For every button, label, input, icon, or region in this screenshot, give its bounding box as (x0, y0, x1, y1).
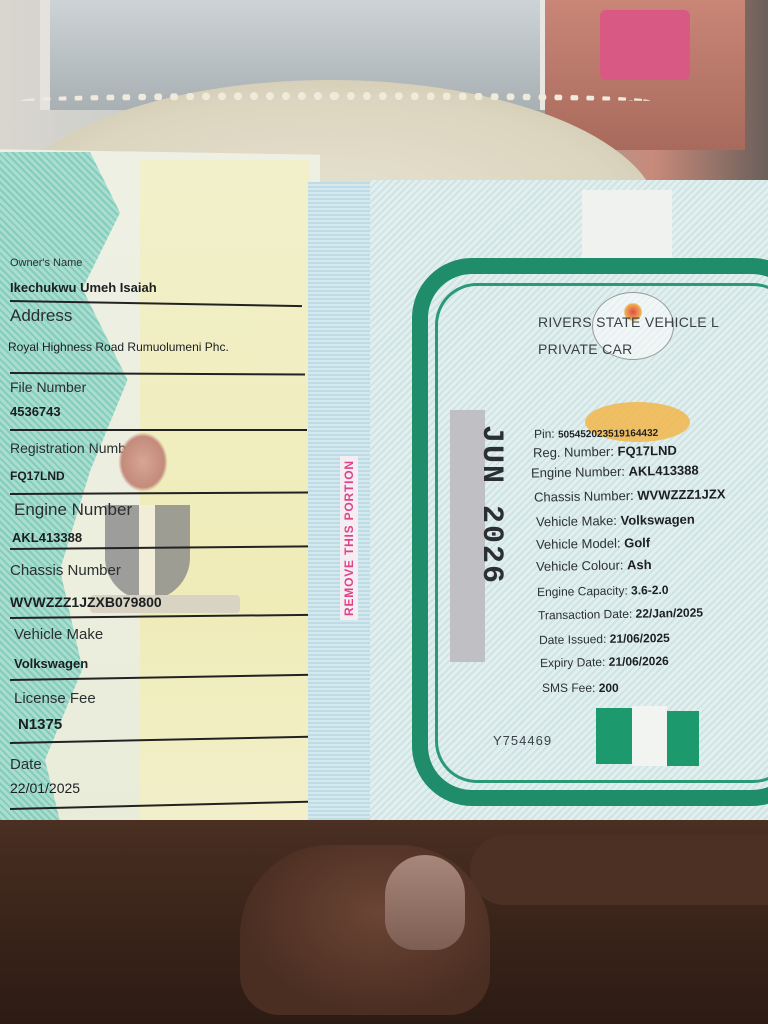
vehicle-make-label: Vehicle Make: (536, 513, 617, 529)
reg-number-row: Reg. Number: FQ17LND (533, 443, 677, 461)
flag-white-center (632, 706, 667, 766)
vehicle-colour-row: Vehicle Colour: Ash (536, 557, 652, 574)
reg-number-value: FQ17LND (617, 443, 676, 459)
divider (10, 429, 307, 431)
pin-label: Pin: (534, 427, 555, 441)
pink-cushion (600, 10, 690, 80)
license-title: RIVERS STATE VEHICLE L (538, 314, 719, 330)
file-number-value: 4536743 (10, 404, 61, 419)
engine-capacity-row: Engine Capacity: 3.6-2.0 (537, 583, 669, 599)
owner-name-label: Owner's Name (10, 257, 82, 269)
nigerian-flag-icon (596, 706, 702, 766)
sms-fee-label: SMS Fee: (542, 681, 595, 695)
flag-green-right (667, 711, 699, 766)
engine-number-row: Engine Number: AKL413388 (531, 463, 699, 481)
transaction-date-label: Transaction Date: (538, 607, 632, 623)
eagle-icon (118, 432, 168, 492)
finger (470, 835, 768, 905)
pin-value: 505452023519164432 (558, 428, 658, 441)
chassis-number-value: WVWZZZ1JZX (637, 486, 725, 503)
white-tab (582, 190, 672, 260)
date-value: 22/01/2025 (10, 780, 80, 796)
engine-number-value: AKL413388 (12, 530, 82, 545)
sms-fee-value: 200 (599, 681, 619, 695)
date-issued-row: Date Issued: 21/06/2025 (539, 631, 670, 647)
reg-number-label: Reg. Number: (533, 444, 614, 460)
license-fee-value: N1375 (18, 716, 62, 733)
expiry-date-row: Expiry Date: 21/06/2026 (540, 654, 669, 670)
vehicle-model-row: Vehicle Model: Golf (536, 535, 650, 552)
thumbnail (385, 855, 465, 950)
flag-green-left (596, 708, 632, 764)
expiry-date-value: 21/06/2026 (609, 654, 669, 669)
license-category: PRIVATE CAR (538, 341, 633, 357)
transaction-date-row: Transaction Date: 22/Jan/2025 (538, 606, 703, 623)
expiry-date-label: Expiry Date: (540, 655, 606, 670)
license-fee-label: License Fee (14, 690, 96, 707)
expiry-month-stamp: JUN 2026 (474, 425, 508, 585)
registration-number-value: FQ17LND (10, 469, 65, 483)
transaction-date-value: 22/Jan/2025 (635, 606, 703, 621)
vehicle-model-label: Vehicle Model: (536, 536, 621, 552)
shield-y-pall (139, 505, 155, 600)
serial-number: Y754469 (493, 733, 552, 748)
file-number-label: File Number (10, 379, 86, 395)
vehicle-model-value: Golf (624, 535, 650, 550)
date-issued-value: 21/06/2025 (610, 631, 670, 646)
date-label: Date (10, 756, 42, 773)
chassis-number-value: WVWZZZ1JZXB079800 (10, 594, 162, 610)
chassis-number-label: Chassis Number: (534, 488, 634, 505)
engine-number-label: Engine Number (14, 500, 132, 520)
vehicle-make-row: Vehicle Make: Volkswagen (536, 512, 695, 530)
engine-capacity-label: Engine Capacity: (537, 584, 628, 600)
vehicle-colour-value: Ash (627, 557, 652, 572)
steering-wheel-stitching (20, 92, 650, 110)
pin-row: Pin: 505452023519164432 (534, 425, 658, 441)
remove-this-portion-text: REMOVE THIS PORTION (340, 456, 358, 620)
vehicle-make-value: Volkswagen (14, 656, 88, 671)
engine-capacity-value: 3.6-2.0 (631, 583, 669, 598)
sms-fee-row: SMS Fee: 200 (542, 681, 619, 695)
address-value: Royal Highness Road Rumuolumeni Phc. (8, 340, 229, 354)
vehicle-make-label: Vehicle Make (14, 626, 103, 643)
engine-number-label: Engine Number: (531, 464, 625, 481)
owner-name-value: Ikechukwu Umeh Isaiah (10, 280, 157, 295)
vehicle-make-value: Volkswagen (620, 512, 694, 528)
date-issued-label: Date Issued: (539, 632, 607, 647)
address-label: Address (10, 306, 72, 326)
vehicle-colour-label: Vehicle Colour: (536, 557, 624, 574)
engine-number-value: AKL413388 (628, 463, 698, 479)
chassis-number-label: Chassis Number (10, 562, 121, 579)
